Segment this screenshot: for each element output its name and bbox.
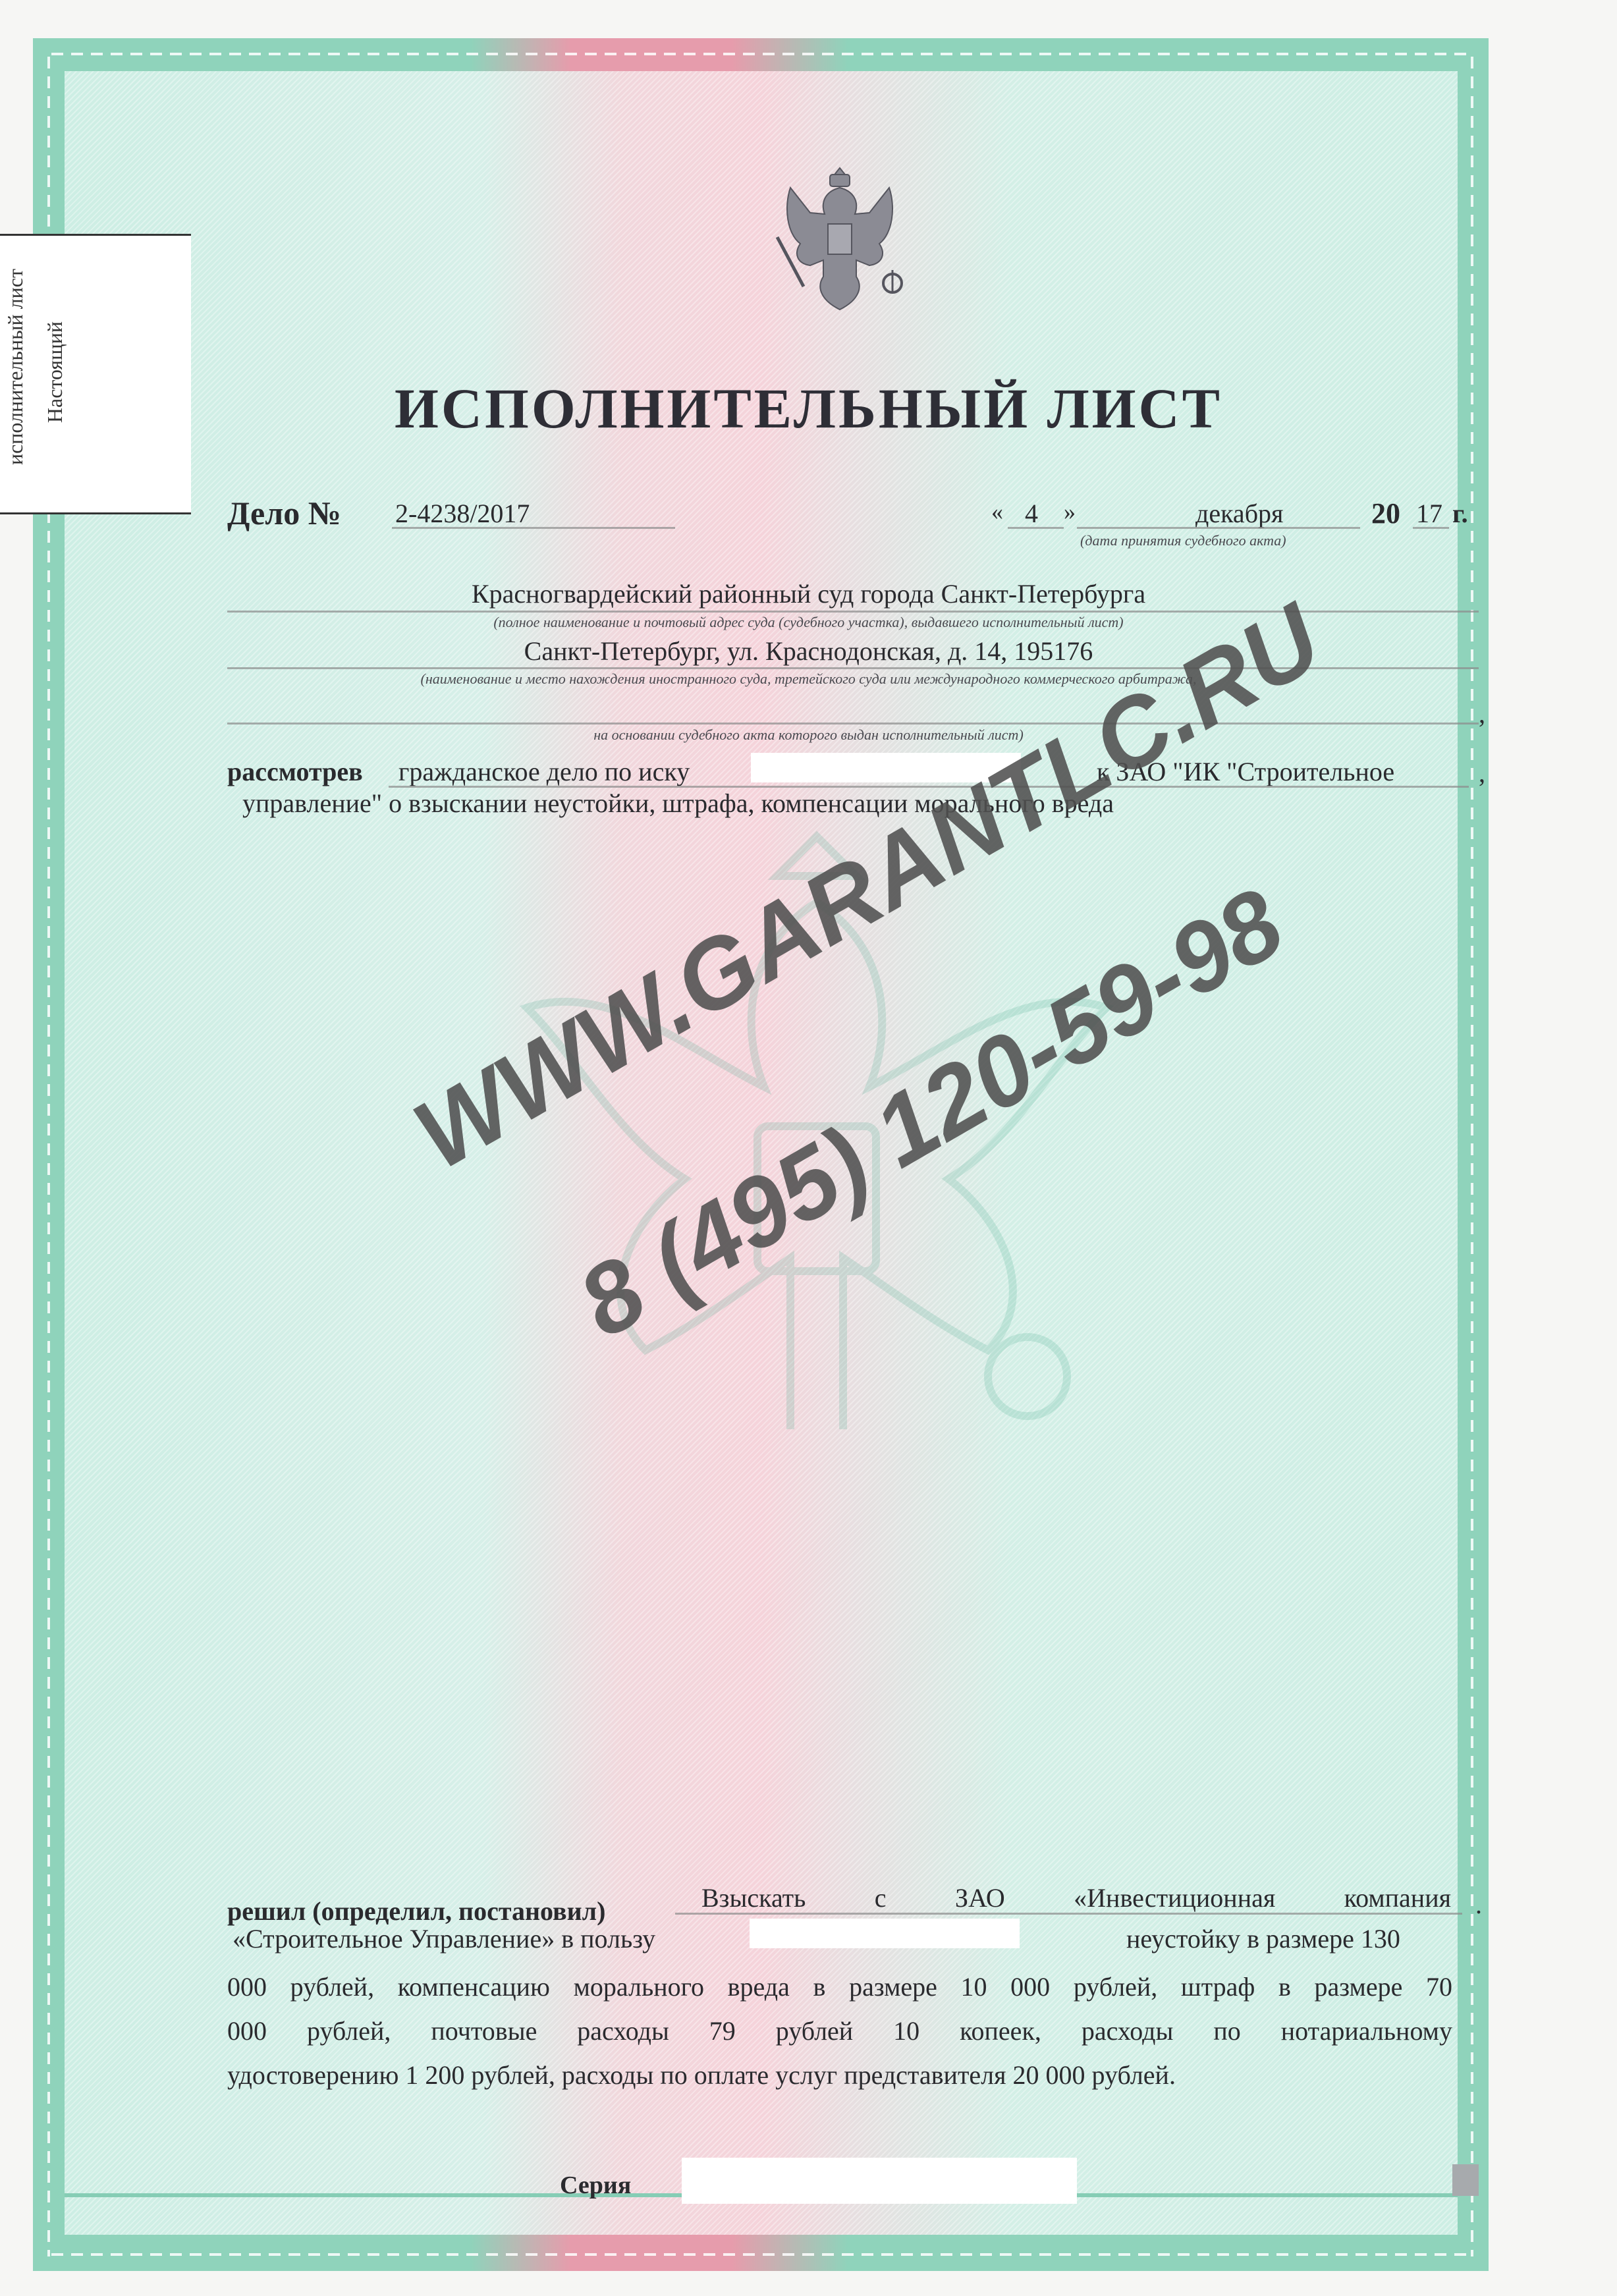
considered-label: рассмотрев <box>227 756 363 787</box>
date-caption: (дата принятия судебного акта) <box>1080 532 1286 549</box>
date-open-quote: « <box>991 498 1003 526</box>
court-name: Красногвардейский районный суд города Са… <box>0 578 1617 609</box>
date-day-underline <box>1008 527 1064 529</box>
corner-marker <box>1452 2164 1479 2196</box>
date-century: 20 <box>1371 497 1400 530</box>
considered-comma: , <box>1479 757 1485 788</box>
border-dashes-top <box>51 53 1474 55</box>
decision-word: Взыскать <box>701 1882 806 1913</box>
redacted-beneficiary <box>750 1919 1020 1948</box>
foreign-court-caption: (наименование и место нахождения иностра… <box>0 670 1617 688</box>
court-address: Санкт-Петербург, ул. Краснодонская, д. 1… <box>0 636 1617 667</box>
foreign-court-comma: , <box>1479 698 1485 729</box>
decision-label: решил (определил, постановил) <box>227 1896 605 1927</box>
decision-word: с <box>875 1882 887 1913</box>
decision-word: ЗАО <box>955 1882 1005 1913</box>
decision-line-2a: «Строительное Управление» в пользу <box>233 1923 655 1954</box>
coat-of-arms-icon <box>764 161 916 319</box>
decision-word: компания <box>1344 1882 1451 1913</box>
side-tab-line1: Настоящий <box>43 321 67 423</box>
decision-line-2b: неустойку в размере 130 <box>1126 1923 1400 1954</box>
border-dashes-bottom <box>51 2253 1474 2256</box>
decision-line-5: удостоверению 1 200 рублей, расходы по о… <box>227 2060 1176 2091</box>
judicial-act-caption: на основании судебного акта которого выд… <box>0 726 1617 744</box>
series-label: Серия <box>560 2171 631 2200</box>
court-name-caption: (полное наименование и почтовый адрес су… <box>0 614 1617 631</box>
date-day: 4 <box>1025 498 1038 529</box>
decision-line-1: Взыскать с ЗАО «Инвестиционная компания <box>701 1882 1451 1913</box>
side-tab-line2: исполнительный лист <box>3 269 28 465</box>
decision-word: «Инвестиционная <box>1074 1882 1275 1913</box>
decision-period: . <box>1475 1889 1482 1920</box>
date-close-quote: » <box>1064 498 1076 526</box>
case-number: 2-4238/2017 <box>395 498 530 529</box>
date-suffix: г. <box>1452 498 1468 529</box>
document-title: ИСПОЛНИТЕЛЬНЫЙ ЛИСТ <box>0 375 1617 441</box>
date-month: декабря <box>1195 498 1283 529</box>
considered-text-1a: гражданское дело по иску <box>398 756 690 787</box>
case-label: Дело № <box>227 494 341 532</box>
case-number-underline <box>392 527 675 529</box>
foreign-court-underline <box>227 723 1479 724</box>
date-year-underline <box>1413 527 1449 529</box>
date-month-underline <box>1077 527 1360 529</box>
side-tab-label: Настоящий исполнительный лист <box>0 234 191 514</box>
decision-underline <box>675 1913 1462 1915</box>
date-year: 17 <box>1416 498 1442 529</box>
decision-line-4: 000 рублей, почтовые расходы 79 рублей 1… <box>227 2015 1452 2046</box>
redacted-series-number <box>682 2158 1077 2204</box>
decision-line-3: 000 рублей, компенсацию морального вреда… <box>227 1971 1452 2002</box>
